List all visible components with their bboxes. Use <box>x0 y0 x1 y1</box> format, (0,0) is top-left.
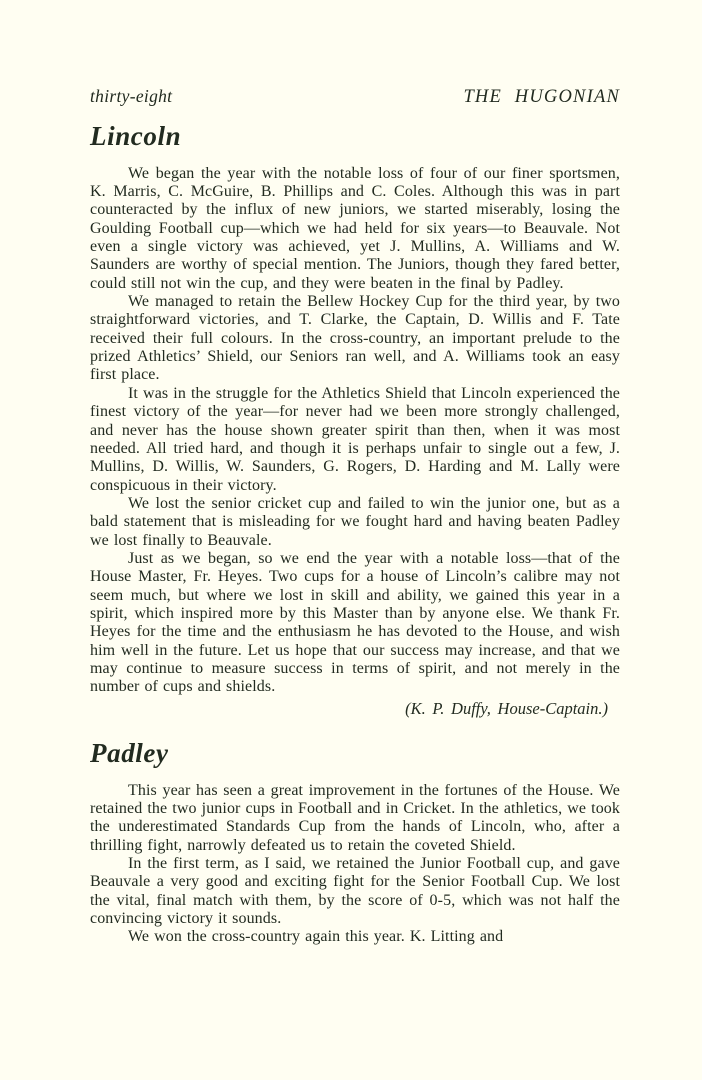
author-signature: (K. P. Duffy, House-Captain.) <box>90 700 620 718</box>
page-number-folio: thirty-eight <box>90 86 172 107</box>
paragraph: In the first term, as I said, we retaine… <box>90 855 620 928</box>
page-header: thirty-eight THE HUGONIAN <box>90 86 620 108</box>
magazine-page: thirty-eight THE HUGONIAN Lincoln We beg… <box>0 0 702 1080</box>
section-lincoln: Lincoln We began the year with the notab… <box>90 122 620 718</box>
paragraph: We won the cross-country again this year… <box>90 928 620 946</box>
paragraph: We began the year with the notable loss … <box>90 165 620 293</box>
journal-title: THE HUGONIAN <box>463 87 620 108</box>
text-column: thirty-eight THE HUGONIAN Lincoln We beg… <box>90 86 620 947</box>
paragraph: We managed to retain the Bellew Hockey C… <box>90 293 620 385</box>
paragraph: We lost the senior cricket cup and faile… <box>90 495 620 550</box>
section-heading-lincoln: Lincoln <box>90 122 620 152</box>
paragraph: It was in the struggle for the Athletics… <box>90 385 620 495</box>
paragraph: This year has seen a great improvement i… <box>90 782 620 855</box>
paragraph: Just as we began, so we end the year wit… <box>90 550 620 697</box>
section-heading-padley: Padley <box>90 739 620 769</box>
section-padley: Padley This year has seen a great improv… <box>90 739 620 947</box>
